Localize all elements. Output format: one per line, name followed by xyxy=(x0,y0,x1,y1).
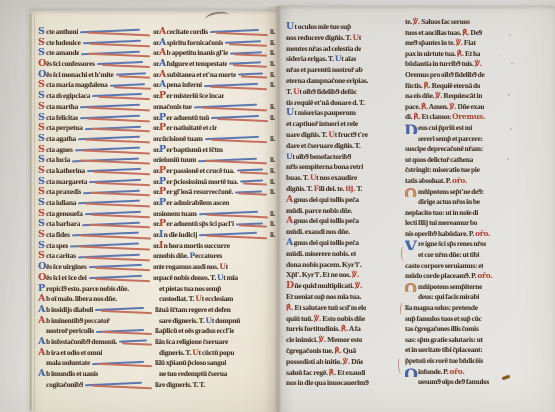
ink-bleed-dot xyxy=(509,34,511,36)
margin-initial: S xyxy=(38,91,46,102)
initial-blue-text: U xyxy=(286,152,292,161)
text-column-suffrages: Ut oculos mīe tue sup̄nos reducere dign̄… xyxy=(286,22,401,389)
line-text: c̄gregac̄onis tue. ℟. Quā xyxy=(286,346,356,357)
margin-initial: A xyxy=(38,316,46,327)
text-line: Scte amandeor. xyxy=(38,48,160,59)
line-filler-ornament xyxy=(205,136,267,142)
margin-initial: S xyxy=(38,38,46,49)
line-text: cta katherina xyxy=(46,166,85,177)
text-line: te. ℣. Saluos fac seruos xyxy=(405,17,527,28)
line-text: cta lucia xyxy=(46,155,70,166)
line-text: būdantia in turrib9 tuis. ℣. xyxy=(405,59,482,70)
line-filler-ornament xyxy=(229,61,267,67)
line-text: ēs s̄ci et s̄ce dei xyxy=(46,273,87,284)
inline-initial: P xyxy=(159,113,166,124)
margin-initial: S xyxy=(38,166,46,177)
line-text: cte amande xyxy=(46,48,79,59)
line-text: ñe quid multiplicati. ℣. xyxy=(294,281,362,292)
text-line: Scta iulianaor. xyxy=(38,198,160,209)
line-text: saluū fac regē. ℟. Et exaudi xyxy=(286,368,365,379)
line-text: er passionē et crucē tua. xyxy=(166,166,234,177)
right-page: Ut oculos mīe tue sup̄nos reducere dign̄… xyxy=(277,6,555,412)
text-line: eterna dampnac̄one eripias. xyxy=(286,76,401,87)
margin-initial: S xyxy=(38,48,46,59)
text-line: et pietas tua nos semp̄ xyxy=(159,284,275,295)
inline-initial: A xyxy=(159,27,166,38)
text-line: sup̄ famulos tuos et sup̄ cūc xyxy=(405,314,527,325)
line-text: mūdi. miserere nobis. et xyxy=(286,249,356,260)
manuscript-photo: Scte anthonior.Scte ludouiceor.Scte aman… xyxy=(0,0,555,412)
margin-initial: S xyxy=(38,145,46,156)
text-line: nostror̄ periculisli. xyxy=(38,326,160,337)
text-line: Scta spesor. xyxy=(38,241,160,252)
inline-initial: P xyxy=(159,145,166,156)
text-line: suscipe deprecac̄onē nr̄am: xyxy=(405,144,527,155)
line-text: lū xp̄ianū p̄cioso sangui xyxy=(159,358,226,369)
response-abbreviation: li. xyxy=(270,60,275,70)
text-column-collects: te. ℣. Saluos fac seruostuos et ancillas… xyxy=(405,17,527,388)
line-text: fulgure et tempestate xyxy=(167,59,228,70)
line-text: Xp̄l'. Kyr'l'. Et ne nos. ℣. xyxy=(286,270,359,281)
line-text: tas c̄gregac̄ones illis c̄omis xyxy=(405,324,479,335)
text-line: pax in uirtute tua. ℟. Et ha xyxy=(405,49,527,60)
rubric-red-text: ℟. xyxy=(457,49,464,58)
margin-initial: A xyxy=(38,305,46,316)
line-text: cta martha xyxy=(46,102,78,113)
line-filler-ornament xyxy=(238,72,267,78)
text-line: Oēs s̄ci monachi et h'miteor. xyxy=(38,70,160,81)
inline-initial: A xyxy=(286,195,293,206)
text-line: custodiat. T. Ut ecclesiam xyxy=(159,294,275,305)
marginal-penwork-flourish xyxy=(397,358,403,374)
margin-initial: A xyxy=(38,369,46,380)
text-line: Ab insidijs diabolili. xyxy=(38,305,160,316)
inline-initial: A xyxy=(159,48,166,59)
inline-initial: A xyxy=(159,59,166,70)
text-line: mala uoluntateli. xyxy=(38,358,160,369)
text-line: nac̄onis tueli. xyxy=(159,102,275,113)
drop-cap-initial: V xyxy=(405,239,417,250)
line-text: cecitate cordis xyxy=(167,27,208,38)
rubric-red-text: ℣. xyxy=(343,357,350,366)
line-filler-ornament xyxy=(211,115,267,121)
text-line: dirige actus nr̄os in be xyxy=(405,197,527,208)
line-filler-ornament xyxy=(83,40,151,46)
response-abbreviation: li. xyxy=(270,188,275,198)
litany-column-petitions: Acecitate cordisli.Aspiritu fornicac̄oni… xyxy=(159,27,275,390)
line-filler-ornament xyxy=(235,190,267,196)
line-text: tuos et ancillas tuas. ℟. De9 xyxy=(405,28,482,39)
text-line: nos in die qua inuocauerīm9 xyxy=(286,378,401,389)
line-text: cta felicitas xyxy=(46,113,78,124)
text-line: nos reducere dign̄is. T. Ut xyxy=(286,33,401,44)
text-line: Scta agnesor. xyxy=(38,145,160,156)
text-line: cogitac̄onib9li. xyxy=(38,380,160,391)
line-text: b ira et odio et omni xyxy=(46,348,102,359)
inline-initial: P xyxy=(159,187,166,198)
text-line: quiū tuū. ℣. Esto nobis dñe xyxy=(286,314,401,325)
text-line: Per aduentū tuūli. xyxy=(159,113,275,124)
text-line: Et ueniat sup̄ nos mīa tua. xyxy=(286,292,401,303)
text-line: lia magna solus: pretende xyxy=(405,303,527,314)
line-text: casto corpore seruiamus: et xyxy=(405,261,483,272)
text-line: Per natiuitatē et cir xyxy=(159,123,275,134)
text-line: pace. ℟. Amen. ℣. Dñe exau xyxy=(405,102,527,113)
margin-initial: S xyxy=(38,177,46,188)
text-line: mentes nr̄as ad celestia de xyxy=(286,44,401,55)
text-line: Scta praxedisor. xyxy=(38,187,160,198)
line-text: pax in uirtute tua. ℟. Et ha xyxy=(405,49,480,60)
text-line: Scta maria magdalenaor. xyxy=(38,80,160,91)
line-text: n die iudicij xyxy=(164,230,198,241)
line-filler-ornament xyxy=(96,329,152,335)
response-abbreviation: li. xyxy=(270,167,275,177)
line-text: b appetitu inanis gl'ie xyxy=(167,48,229,59)
line-text: nos in die qua inuocauerīm9 xyxy=(286,378,369,389)
text-line: re digneris. T. T. xyxy=(159,380,275,391)
rubric-red-text: F xyxy=(314,184,319,193)
rubric-red-text: ℟. xyxy=(462,28,469,37)
rubric-red-text: Oremus. xyxy=(452,112,485,121)
text-line: Oēs s̄ce uirginesor. xyxy=(38,262,160,273)
margin-initial: S xyxy=(38,209,46,220)
line-text: b infestac̄onib9 demonū. xyxy=(46,337,117,348)
line-filler-ornament xyxy=(199,232,267,238)
text-line: digneris. T. Ut cūctū popu xyxy=(159,348,275,359)
line-filler-ornament xyxy=(92,93,150,99)
line-text: uesum9 oīps de9 famulos xyxy=(418,377,489,388)
line-text: Et ueniat sup̄ nos mīa tua. xyxy=(286,292,361,303)
text-line: Per gl'iosā resurrecc̄onē.li. xyxy=(159,187,275,198)
line-filler-ornament xyxy=(78,136,150,142)
text-line: Scta caritasor. xyxy=(38,251,160,262)
text-line: c̄gregac̄onis tue. ℟. Quā xyxy=(286,346,401,357)
left-page: Scte anthonior.Scte ludouiceor.Scte aman… xyxy=(30,10,278,412)
line-text: cta spes xyxy=(46,241,68,252)
line-text: cta agnes xyxy=(46,145,73,156)
text-line: In die iudicijli. xyxy=(159,230,275,241)
text-line: di. ℟. Et clamor. Oremus. xyxy=(405,112,527,123)
text-line: mūdi. parce nobis dñe. xyxy=(286,206,401,217)
rubric-red-text: U xyxy=(192,348,198,357)
line-text: mūdi. exaudi nos dñe. xyxy=(286,227,350,238)
line-filler-ornament xyxy=(89,264,151,270)
line-filler-ornament xyxy=(80,115,150,121)
line-filler-ornament xyxy=(237,168,268,174)
line-text: digneris. T. Ut cūctū popu xyxy=(159,348,234,359)
text-line: Scta katherinaor. xyxy=(38,166,160,177)
text-line: nr̄is sempiterna bona retri xyxy=(286,162,401,173)
line-text: er aduentū sp̄s s̄ci pacl'i xyxy=(166,219,234,230)
line-text: ēs s̄ci confessores xyxy=(46,59,95,70)
line-text: nr̄as et parentū nostror̄ ab xyxy=(286,65,363,76)
drop-cap-initial: Q xyxy=(405,367,417,378)
response-abbreviation: li. xyxy=(270,114,275,124)
text-line: tatis absoluat. P. or̄o. xyxy=(405,176,527,187)
line-text: me9 sp̄antes in te. ℣. Fiat xyxy=(405,38,476,49)
text-line: Per passionē et crucē tua.li. xyxy=(159,166,275,177)
margin-initial: S xyxy=(38,187,46,198)
line-text: mn̄ipotens semp̄iterne xyxy=(418,282,482,293)
text-line: pacē nobis dones. T. Ut mīa xyxy=(159,273,275,284)
text-line: saluū fac regē. ℟. Et exaudi xyxy=(286,368,401,379)
line-text: spiritu fornicac̄onis xyxy=(167,38,224,49)
line-text: er gl'iosā resurrecc̄onē. xyxy=(166,187,233,198)
line-filler-ornament xyxy=(194,104,267,110)
inline-initial: P xyxy=(159,198,166,209)
line-text: ieiuniū tuum xyxy=(159,155,196,166)
line-text: in s̄ca religione c̄seruare xyxy=(159,337,228,348)
rubric-red-text: U xyxy=(195,294,201,303)
line-text: cūcisionē tuam xyxy=(159,134,203,145)
text-line: Xp̄l'. Kyr'l'. Et ne nos. ℣. xyxy=(286,270,401,281)
ink-bleed-dot xyxy=(283,238,285,240)
text-line: Ab iminentib9 peccator̄ xyxy=(38,316,160,327)
line-text: nac̄onis tue xyxy=(159,102,192,113)
text-line: Omn̄ipotens semp̄iterne xyxy=(405,282,527,293)
margin-initial: S xyxy=(38,113,46,124)
text-line: lecti filij tui mereamur bo xyxy=(405,218,527,229)
line-text: cogitac̄onib9 xyxy=(46,380,83,391)
text-line: te rogamus audi nos. Ut xyxy=(159,262,275,273)
initial-blue-text: P xyxy=(190,251,195,260)
rubric-red-text: ℟. xyxy=(421,102,428,111)
text-line: Oēs s̄ci confessoresor. xyxy=(38,59,160,70)
line-filler-ornament xyxy=(92,361,152,367)
text-line: mūdo corde placeam9. P. or̄o. xyxy=(405,271,527,282)
line-text: et in ueritate tibi c̄placeant: xyxy=(405,345,483,356)
line-filler-ornament xyxy=(110,83,151,89)
text-line: Agnus dei qui tollis pec̄a xyxy=(286,195,401,206)
line-text: infunde. P. or̄o. xyxy=(418,367,465,378)
line-text: ap̄licū et oēs gradus eccl'ie xyxy=(159,326,234,337)
line-text: ℟. Et salutare tuū scd'm elo xyxy=(286,303,366,314)
text-line: et in ueritate tibi c̄placeant: xyxy=(405,345,527,356)
text-line: uare dign̄is. T. Ut fruct9 t're xyxy=(286,130,401,141)
text-line: Afulgure et tempestateli. xyxy=(159,59,275,70)
text-line: ne tuo redemptū c̄serua xyxy=(159,369,275,380)
line-text: pacē nobis dones. T. Ut mīa xyxy=(159,273,238,284)
margin-initial: S xyxy=(38,230,46,241)
line-text: te. ℣. Saluos fac seruos xyxy=(405,17,470,28)
text-line: Aspiritu fornicac̄onisli. xyxy=(159,38,275,49)
text-line: Scta barbaraor. xyxy=(38,219,160,230)
line-text: cta fides xyxy=(46,230,70,241)
text-line: Scta genouefaor. xyxy=(38,209,160,220)
rubric-red-text: ℣. xyxy=(435,91,442,100)
text-line: T. Ut oīb9 fidelib9 defūc xyxy=(286,87,401,98)
line-filler-ornament xyxy=(204,83,267,89)
line-filler-ornament xyxy=(97,61,150,67)
text-line: et cor nr̄m dñe: ut tibi xyxy=(405,250,527,261)
line-text: er aduentū tuū xyxy=(166,113,209,124)
line-text: re igne s̄ci sp̄s renes nr̄os xyxy=(418,239,486,250)
line-text: mūdo corde placeam9. P. or̄o. xyxy=(405,271,493,282)
initial-blue-text: U xyxy=(217,273,223,282)
text-line: mūdi. miserere nobis. et xyxy=(286,249,401,260)
line-text: b insidijs diaboli xyxy=(46,305,93,316)
text-line: ut quos delictor̄ cathena xyxy=(405,155,527,166)
line-text: cta margareta xyxy=(46,177,87,188)
line-filler-ornament xyxy=(198,158,267,164)
response-abbreviation: li. xyxy=(270,103,275,113)
line-text: c̄stringit: miseratio tue pie xyxy=(405,165,480,176)
line-filler-ornament xyxy=(95,307,152,313)
line-text: p̄petuū eis rorē tue bn̄dicōis xyxy=(405,356,483,367)
rubric-red-text: ℣. xyxy=(456,38,463,47)
line-text: Ut oīb9 benefactorib9 xyxy=(286,152,351,163)
drop-cap-initial: O xyxy=(405,282,417,293)
text-line: nis operib9 habūdare. P. or̄o. xyxy=(405,229,527,240)
text-line: p̄petuū eis rorē tue bn̄dicōis xyxy=(405,356,527,367)
margin-initial: S xyxy=(38,251,46,262)
text-line: tuā s̄c̄tam regere et defen xyxy=(159,305,275,316)
line-text: er misteriū s̄ce incar xyxy=(166,91,224,102)
inline-initial: P xyxy=(159,219,166,230)
rubric-red-text: U xyxy=(219,262,225,271)
line-text: custodiat. T. Ut ecclesiam xyxy=(159,294,233,305)
rubric-red-text: U xyxy=(328,130,334,139)
line-text: mentes nr̄as ad celestia de xyxy=(286,44,361,55)
line-filler-ornament xyxy=(72,232,150,238)
drop-cap-initial: O xyxy=(405,187,417,198)
rubric-red-text: ℣. xyxy=(355,281,362,290)
margin-initial: O xyxy=(38,262,46,273)
line-text: er natiuitatē et cir xyxy=(166,123,217,134)
rubric-red-text: U xyxy=(352,33,358,42)
text-line: Per baptismū et s̄c̄tm xyxy=(159,145,275,156)
text-line: Acecitate cordisli. xyxy=(159,27,275,38)
line-text: dirige actus nr̄os in be xyxy=(418,197,480,208)
inline-initial: P xyxy=(159,177,166,188)
line-filler-ornament xyxy=(85,126,150,132)
line-text: gnus dei qui tollis pec̄a xyxy=(294,238,359,249)
inline-initial: P xyxy=(159,166,166,177)
ink-bleed-dot xyxy=(510,128,512,130)
line-text: ne tuo redemptū c̄serua xyxy=(159,369,227,380)
margin-initial: O xyxy=(38,70,46,81)
text-line: būdantia in turrib9 tuis. ℣. xyxy=(405,59,527,70)
text-line: Agnus dei qui tollis pec̄a xyxy=(286,238,401,249)
text-line: Scta luciaor. xyxy=(38,155,160,166)
line-text: possedisti ab initio. ℣. Dñe xyxy=(286,357,363,368)
line-filler-ornament xyxy=(72,158,150,164)
line-text: dign̄is. T. Fili dei. te. iij. T. xyxy=(286,184,362,195)
text-line: Ut miserias pauperum xyxy=(286,108,401,119)
text-line: Scte ludouiceor. xyxy=(38,38,160,49)
text-line: dare et c̄seruare dign̄is. T. xyxy=(286,141,401,152)
margin-initial: P xyxy=(38,284,46,295)
text-line: Scta fidesor. xyxy=(38,230,160,241)
text-line: sionem tuamli. xyxy=(159,209,275,220)
line-text: n hora mortis succurre xyxy=(164,241,230,252)
marginal-penwork-flourish xyxy=(401,246,406,261)
line-filler-ornament xyxy=(82,222,150,228)
line-text: quiū tuū. ℣. Esto nobis dñe xyxy=(286,314,365,325)
line-text: cta barbara xyxy=(46,219,80,230)
rubric-red-text: ℟. xyxy=(334,346,341,355)
rubric-red-text: ℣. xyxy=(449,102,456,111)
line-text: ēs s̄ci monachi et h'mite xyxy=(46,70,114,81)
rubric-red-text: ℣. xyxy=(314,314,321,323)
text-line: tis requiē et'nā donare d. T. xyxy=(286,98,401,109)
inline-initial: A xyxy=(159,38,166,49)
margin-initial: S xyxy=(38,155,46,166)
response-abbreviation: li. xyxy=(270,81,275,91)
line-text: eterna dampnac̄one eripias. xyxy=(286,76,368,87)
line-text: et cor nr̄m dñe: ut tibi xyxy=(418,250,479,261)
response-abbreviation: li. xyxy=(270,39,275,49)
line-text: gnus dei qui tollis pec̄a xyxy=(294,216,359,227)
response-abbreviation: li. xyxy=(270,210,275,220)
line-text: Oremus pro oīb9 fidelib9 de xyxy=(405,70,485,81)
text-line: mūdi. exaudi nos dñe. xyxy=(286,227,401,238)
ink-bleed-dot xyxy=(281,336,283,338)
text-line: Ab īmundis et uanis xyxy=(38,369,160,380)
rubric-red-text: ℣. xyxy=(475,59,482,68)
line-text: cta perpetua xyxy=(46,123,83,134)
line-text: subitanea et et'na morte xyxy=(167,70,237,81)
line-text: nos reducere dign̄is. T. Ut xyxy=(286,33,361,44)
line-text: cta maria magdalena xyxy=(46,80,108,91)
initial-blue-text: U xyxy=(206,316,212,325)
line-text: cta agatha xyxy=(46,134,76,145)
line-text: neplacito tuo: ut in noīe di xyxy=(405,208,478,219)
line-filler-ornament xyxy=(80,104,150,110)
rubric-red-text: ℟. xyxy=(341,324,348,333)
line-filler-ornament xyxy=(78,200,150,206)
text-line: Deus cui p̄priū est mi xyxy=(405,123,527,134)
rubric-red-text: ℟. xyxy=(286,303,293,312)
text-line: Asubitanea et et'na morteli. xyxy=(159,70,275,81)
text-line: In hora mortis succurre xyxy=(159,241,275,252)
line-filler-ornament xyxy=(210,29,267,35)
text-line: possedisti ab initio. ℣. Dñe xyxy=(286,357,401,368)
inline-initial: A xyxy=(286,216,293,227)
line-text: gnus dei qui tollis pec̄a xyxy=(294,195,359,206)
rubric-red-text: or̄o. xyxy=(449,367,464,376)
line-filler-ornament xyxy=(89,275,151,281)
inline-initial: A xyxy=(159,80,166,91)
line-text: cie inimici. ℣. Memor esto xyxy=(286,335,362,346)
response-abbreviation: li. xyxy=(270,156,275,166)
response-abbreviation: li. xyxy=(270,28,275,38)
line-text: b oī malo. libera nos dñe. xyxy=(46,294,117,305)
text-line: Scta marthaor. xyxy=(38,102,160,113)
margin-initial: A xyxy=(38,348,46,359)
line-filler-ornament xyxy=(70,243,150,249)
rubric-red-text: ℟. xyxy=(413,112,420,121)
response-abbreviation: li. xyxy=(270,71,275,81)
text-line: sare digneris. T. Ut dompnū xyxy=(159,316,275,327)
line-text: fūctis. ℟. Requiē eternā do xyxy=(405,81,480,92)
line-filler-ornament xyxy=(80,29,150,35)
text-line: ieiuniū tuumli. xyxy=(159,155,275,166)
line-text: sas: sp̄m gratie salutaris: ut xyxy=(405,335,483,346)
line-text: er baptismū et s̄c̄tm xyxy=(166,145,222,156)
rubric-red-text: or̄o. xyxy=(477,271,492,280)
line-text: cta caritas xyxy=(46,251,76,262)
line-text: pena inferni xyxy=(167,80,202,91)
line-text: ropici9 esto. parce nobis dñe. xyxy=(46,284,129,295)
text-line: casto corpore seruiamus: et xyxy=(405,261,527,272)
rubric-red-text: iij. xyxy=(345,184,355,193)
line-text: tis requiē et'nā donare d. T. xyxy=(286,98,365,109)
inline-initial: I xyxy=(159,230,163,241)
text-line: c̄stringit: miseratio tue pie xyxy=(405,165,527,176)
inline-initial: A xyxy=(159,70,166,81)
rubric-red-text: or̄o. xyxy=(452,176,467,185)
